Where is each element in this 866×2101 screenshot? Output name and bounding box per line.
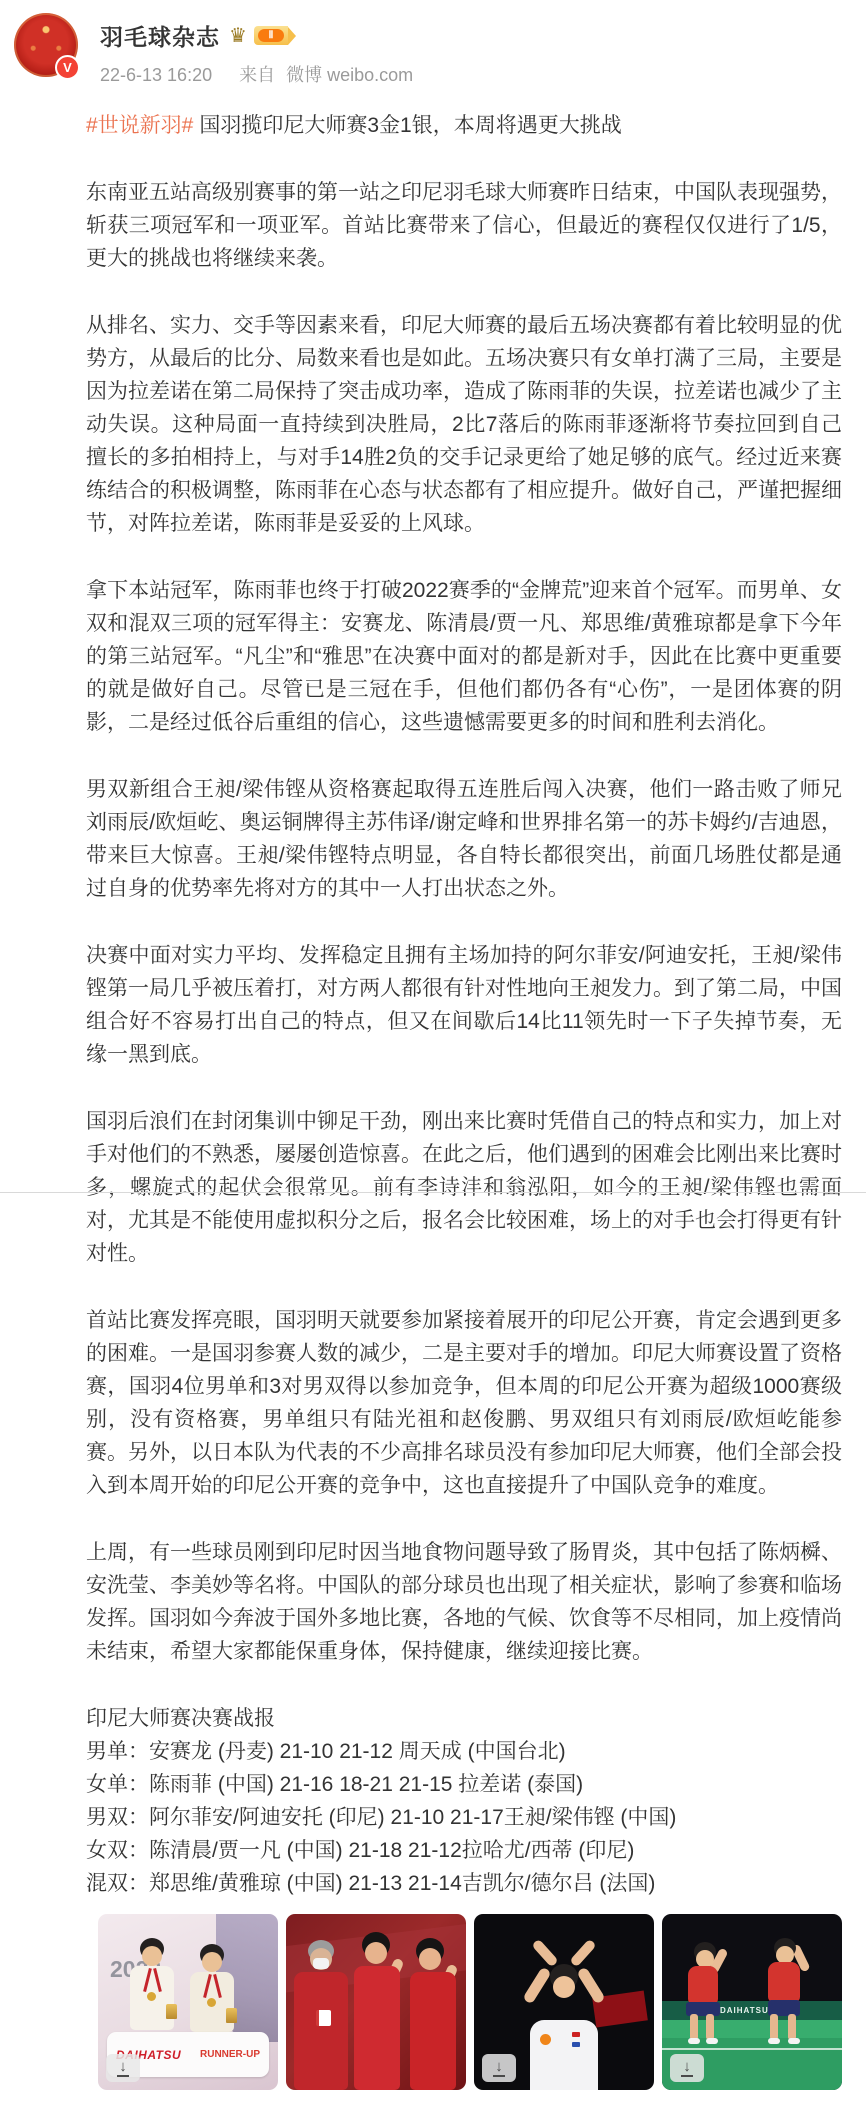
report-line: 男双：阿尔菲安/阿迪安托 (印尼) 21-10 21-17王昶/梁伟铿 (中国) [86, 1801, 842, 1834]
photo-mens-doubles-podium[interactable]: 2022 DAIHATSU RUNNER-UP ↓ [98, 1914, 278, 2090]
paragraph: 决赛中面对实力平均、发挥稳定且拥有主场加持的阿尔菲安/阿迪安托，王昶/梁伟铿第一… [86, 939, 842, 1071]
verified-v-icon: V [55, 55, 80, 80]
username[interactable]: 羽毛球杂志 [100, 19, 220, 52]
vip-level-text: Ⅱ [258, 29, 284, 42]
paragraph: 东南亚五站高级别赛事的第一站之印尼羽毛球大师赛昨日结束，中国队表现强势，斩获三项… [86, 176, 842, 275]
board-sponsor-text: DAIHATSU [720, 2006, 769, 2015]
screenshot-stitch-divider [0, 1192, 866, 1193]
paragraph: 首站比赛发挥亮眼，国羽明天就要参加紧接着展开的印尼公开赛，肯定会遇到更多的困难。… [86, 1304, 842, 1502]
image-gallery: 2022 DAIHATSU RUNNER-UP ↓ [98, 1914, 866, 2090]
court-floor-band [662, 2020, 842, 2038]
post-header: V 羽毛球杂志 ♛ Ⅱ 22-6-13 16:20 来自 微博 weibo.co… [0, 0, 866, 87]
post-title: #世说新羽#国羽揽印尼大师赛3金1银，本周将遇更大挑战 [86, 109, 842, 142]
report-line: 女双：陈清晨/贾一凡 (中国) 21-18 21-12拉哈尤/西蒂 (印尼) [86, 1834, 842, 1867]
report-line: 女单：陈雨菲 (中国) 21-16 18-21 21-15 拉差诺 (泰国) [86, 1768, 842, 1801]
download-icon[interactable]: ↓ [670, 2054, 704, 2082]
hashtag-link[interactable]: #世说新羽# [86, 114, 193, 137]
avatar[interactable]: V [14, 13, 78, 77]
report-line: 男单：安赛龙 (丹麦) 21-10 21-12 周天成 (中国台北) [86, 1735, 842, 1768]
paragraph: 国羽后浪们在封闭集训中铆足干劲，刚出来比赛时凭借自己的特点和实力，加上对手对他们… [86, 1105, 842, 1270]
runner-up-text: RUNNER-UP [200, 2049, 260, 2060]
title-text: 国羽揽印尼大师赛3金1银，本周将遇更大挑战 [199, 114, 621, 137]
vip-badge-tail-icon [288, 27, 296, 45]
photo-womens-doubles-with-coach[interactable] [286, 1914, 466, 2090]
court-line [662, 2048, 842, 2050]
report-line: 混双：郑思维/黄雅琼 (中国) 21-13 21-14吉凯尔/德尔吕 (法国) [86, 1867, 842, 1900]
download-icon[interactable]: ↓ [482, 2054, 516, 2082]
crown-icon: ♛ [229, 26, 247, 46]
paragraph: 从排名、实力、交手等因素来看，印尼大师赛的最后五场决赛都有着比较明显的优势方，从… [86, 309, 842, 540]
finals-report: 印尼大师赛决赛战报 男单：安赛龙 (丹麦) 21-10 21-12 周天成 (中… [86, 1702, 842, 1900]
photo-mixed-doubles-celebration[interactable]: DAIHATSU ↓ [662, 1914, 842, 2090]
report-heading: 印尼大师赛决赛战报 [86, 1702, 842, 1735]
source-link[interactable]: 微博 weibo.com [286, 65, 413, 85]
paragraph: 上周，有一些球员刚到印尼时因当地食物问题导致了肠胃炎，其中包括了陈炳橓、安洗莹、… [86, 1536, 842, 1668]
post-body: #世说新羽#国羽揽印尼大师赛3金1银，本周将遇更大挑战 东南亚五站高级别赛事的第… [0, 87, 866, 1900]
timestamp: 22-6-13 16:20 [100, 65, 212, 85]
download-icon[interactable]: ↓ [106, 2054, 140, 2082]
source-label: 来自 [239, 65, 275, 85]
paragraph: 拿下本站冠军，陈雨菲也终于打破2022赛季的“金牌荒”迎来首个冠军。而男单、女双… [86, 574, 842, 739]
paragraph: 男双新组合王昶/梁伟铿从资格赛起取得五连胜后闯入决赛，他们一路击败了师兄刘雨辰/… [86, 773, 842, 905]
vip-level-badge[interactable]: Ⅱ [254, 26, 296, 45]
photo-chen-yufei-heart-pose[interactable]: ↓ [474, 1914, 654, 2090]
